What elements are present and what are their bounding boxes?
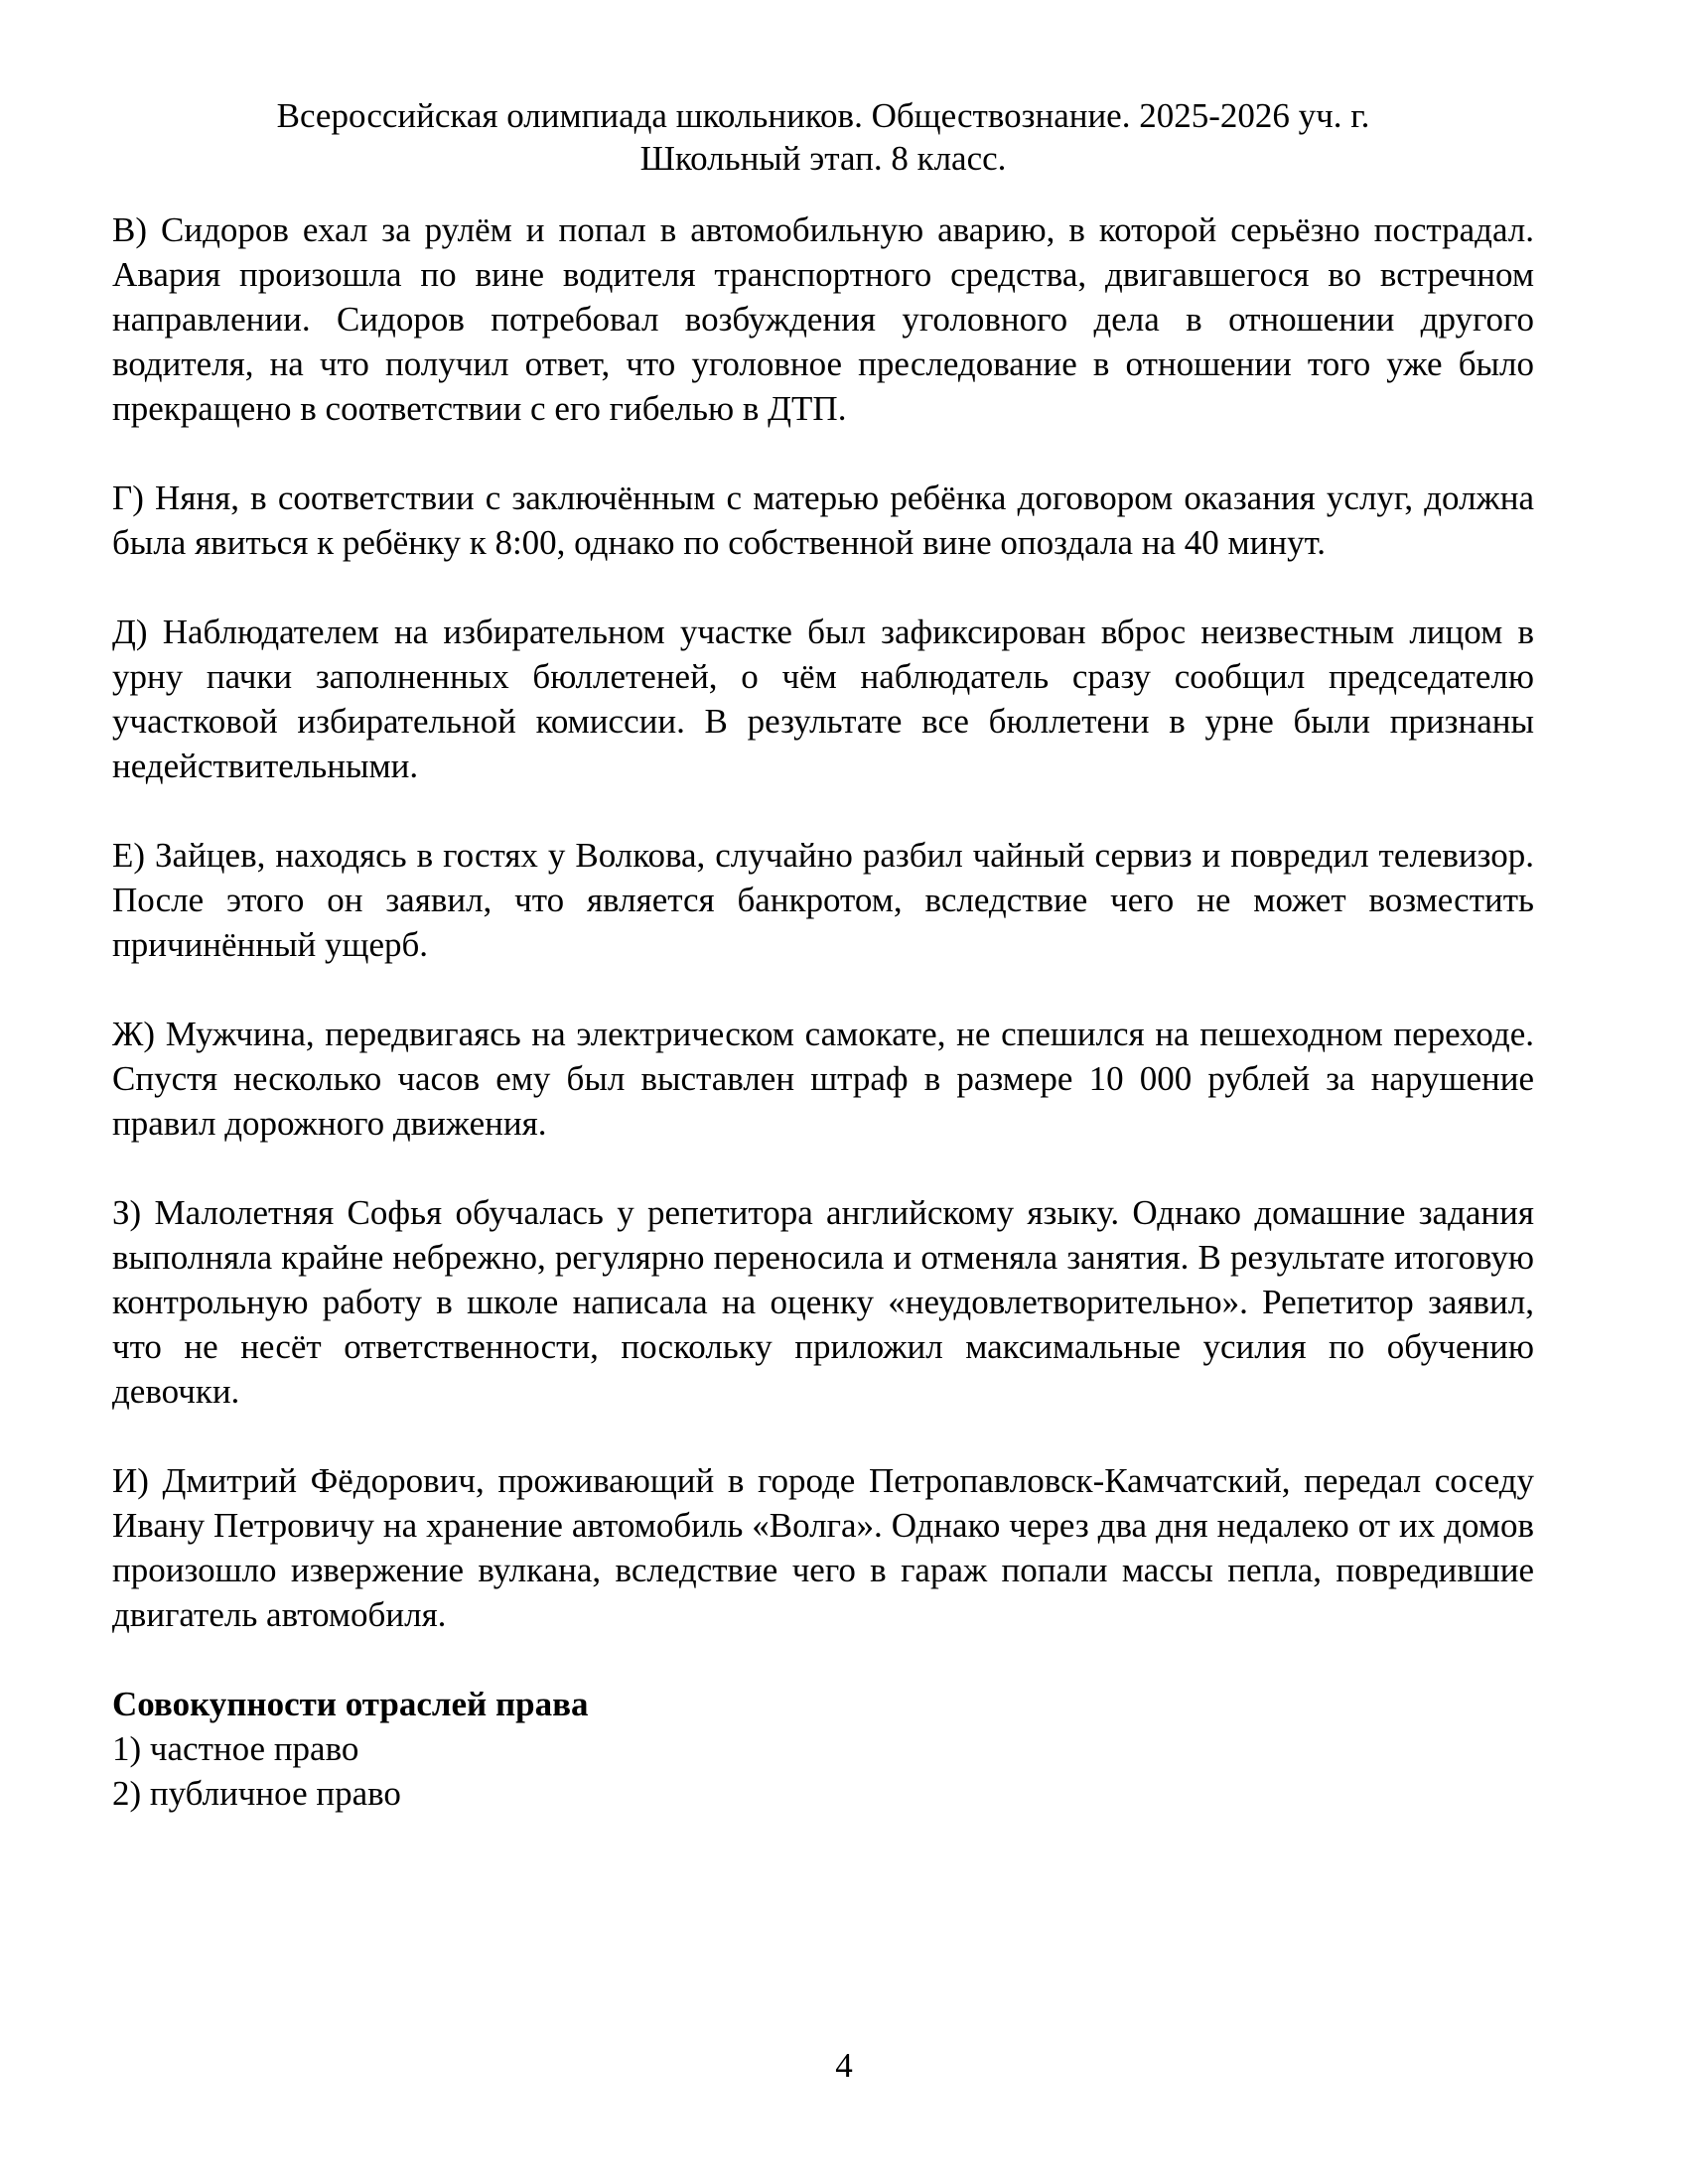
document-page: Всероссийская олимпиада школьников. Обще… <box>0 0 1688 2184</box>
case-paragraph-zh: Ж) Мужчина, передвигаясь на электрическо… <box>112 1012 1534 1146</box>
section-title-law-branches: Совокупности отраслей права <box>112 1682 1534 1726</box>
header-line-stage: Школьный этап. 8 класс. <box>112 137 1534 180</box>
header-line-olympiad: Всероссийская олимпиада школьников. Обще… <box>112 94 1534 137</box>
case-paragraph-i: И) Дмитрий Фёдорович, проживающий в горо… <box>112 1458 1534 1637</box>
case-paragraph-z: З) Малолетняя Софья обучалась у репетито… <box>112 1190 1534 1414</box>
page-number: 4 <box>0 2043 1688 2088</box>
section-item-public-law: 2) публичное право <box>112 1771 1534 1816</box>
document-header: Всероссийская олимпиада школьников. Обще… <box>112 94 1534 180</box>
case-paragraph-v: В) Сидоров ехал за рулём и попал в автом… <box>112 207 1534 431</box>
document-content: Всероссийская олимпиада школьников. Обще… <box>112 94 1534 1816</box>
case-paragraph-e: Е) Зайцев, находясь в гостях у Волкова, … <box>112 833 1534 967</box>
case-paragraph-d: Д) Наблюдателем на избирательном участке… <box>112 610 1534 788</box>
section-item-private-law: 1) частное право <box>112 1726 1534 1771</box>
case-paragraph-g: Г) Няня, в соответствии с заключённым с … <box>112 476 1534 565</box>
